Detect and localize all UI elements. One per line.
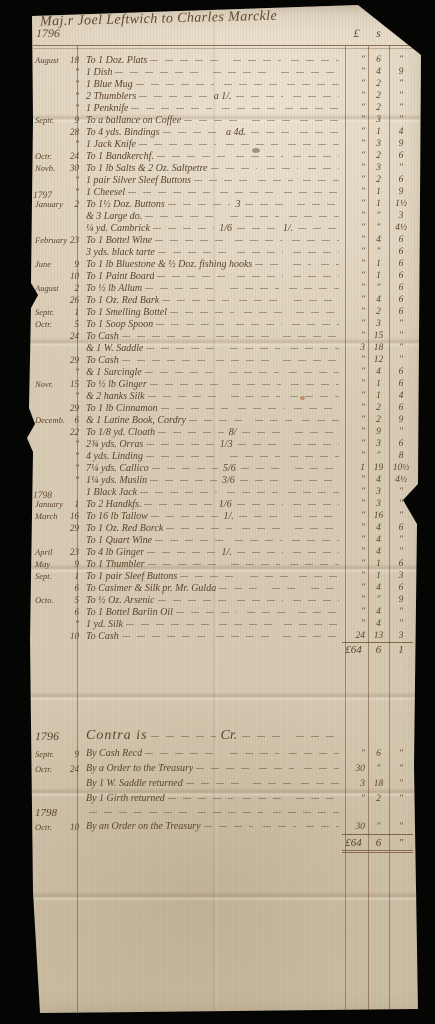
entry-pounds: ″ [342,451,368,461]
dash-filler [230,456,279,457]
year-label: 1798 [33,491,52,501]
dash-filler [180,576,239,577]
entry-shillings: 4 [368,607,389,617]
entry-day: 6 [68,415,81,425]
entry-month: February [33,235,68,245]
dash-filler [239,300,284,301]
entry-description: & 3 Large do. [81,211,342,222]
dash-filler [224,84,276,85]
dash-filler [186,783,243,784]
entry-pence: 6 [389,379,413,389]
total-shillings: 6 [368,642,389,658]
entry-pence: 4 [389,127,413,137]
entry-item-text: To 1 Quart Wine [86,535,152,546]
entry-pounds: ″ [342,559,368,569]
dash-filler [289,372,339,373]
entry-day: 30 [68,163,81,173]
debit-total-section: £64 6 1 [33,642,413,657]
entry-pence: 9 [389,67,413,77]
entry-item-text: To 4 yds. Bindings [86,127,160,138]
debit-total-row: £64 6 1 [33,642,413,657]
paper-crease [0,892,435,901]
entry-item-text: To 1 lb Salts & 2 Oz. Saltpetre [86,163,208,174]
entry-day: 9 [68,259,81,269]
entry-item-text: To Cash [86,355,119,366]
paper-crease [212,16,218,1014]
entry-description: To 4 yds. Bindings a 4d. [81,127,342,138]
entry-month: June [33,259,68,269]
paper-crease [0,788,435,797]
entry-shillings: 1 [368,187,389,197]
entry-day: ″ [68,103,81,113]
dash-filler [227,492,278,493]
entry-item-text: By a Order to the Treasury [86,763,193,774]
entry-month: Septr. [33,307,68,317]
ledger-row: ″ 2 Thumblers a 1/. ″ 2 ″ [33,90,413,102]
dash-filler [235,540,282,541]
entry-pence: 1½ [389,199,413,209]
entry-description: To 1 lb Cinnamon [81,403,342,414]
pence-column-rule [389,46,390,1012]
entry-description: To ½ Oz. Arsenic [81,595,342,606]
ledger-row: 1797 January 2 To 1½ Doz. Buttons 3 ″ 1 … [33,198,413,210]
entry-month: Novb. [33,163,68,173]
entry-pounds: ″ [342,295,368,305]
dash-filler [321,264,339,265]
entry-description: 1 pair Silver Sleef Buttons [81,175,342,186]
entry-day: 29 [68,523,81,533]
ledger-row: 10 To 1 Paint Board ″ 1 6 [33,270,413,282]
entry-pounds: ″ [342,403,368,413]
entry-shillings: ″ [368,595,389,605]
dash-filler [293,276,339,277]
entry-pence: ″ [389,779,413,789]
entry-month: 1796 [33,729,68,744]
dash-filler [292,240,339,241]
dash-filler [288,144,339,145]
entry-pounds: ″ [342,439,368,449]
entry-item-text: & 3 Large do. [86,211,142,222]
entry-price-note: 8/ [227,427,239,438]
dash-filler [230,288,280,289]
entry-item-text: 1 Blue Mug [86,79,133,90]
entry-item-text: Contra is [86,728,148,744]
ledger-row: ″ 1 pair Silver Sleef Buttons ″ 2 6 [33,174,413,186]
paper-crease [0,338,435,347]
entry-pounds: ″ [342,749,368,759]
dash-filler [189,420,245,421]
dash-filler [240,480,285,481]
stain [300,396,305,400]
entry-pence: 6 [389,271,413,281]
ledger-row: Octr. 24 To 1 Bandkerchf. ″ 2 6 [33,150,413,162]
entry-day: 1 [68,499,81,509]
entry-day: 24 [68,331,81,341]
entry-item-text: To 1½ Doz. Buttons [86,199,165,210]
entry-pence: ″ [389,547,413,557]
ledger-row: Octo. 5 To ½ Oz. Arsenic ″ ″ 9 [33,594,413,606]
entry-item-text: To 16 lb Tallow [86,511,148,522]
entry-pence: 6 [389,295,413,305]
dash-filler [152,468,218,469]
entry-pence: ″ [389,619,413,629]
dash-filler [294,480,339,481]
dash-filler [293,264,311,265]
ledger-row: ″ 4 yds. Linding ″ ″ 8 [33,450,413,462]
entry-pounds: ″ [342,187,368,197]
entry-description: To 1 Bottel Wine [81,235,342,246]
entry-month: Sept. [33,571,68,581]
dash-filler [273,812,339,813]
entry-month: August [33,283,68,293]
entry-day: 26 [68,295,81,305]
entry-item-text: 1 Dish [86,67,112,78]
entry-pounds: ″ [342,211,368,221]
ledger-row: 1798 January 1 To 2 Handkfs. 1/6 ″ 3 ″ [33,498,413,510]
ledger-row: ″ 2¾ yds. Orras 1/3 ″ 3 6 [33,438,413,450]
entry-day: ″ [68,391,81,401]
entry-description: To 1 lb Bluestone & ½ Doz. fishing hooks [81,259,342,270]
entry-pence: 6 [389,235,413,245]
dash-filler [295,468,339,469]
entry-pence: 6 [389,283,413,293]
entry-description: 1 yd. Silk [81,619,342,630]
dash-filler [122,360,207,361]
entry-shillings: ″ [368,283,389,293]
dash-filler [155,540,225,541]
entry-day: 9 [68,559,81,569]
entry-shillings: 1 [368,259,389,269]
ledger-row: 24 To Cash ″ 15 ″ [33,330,413,342]
dash-filler [245,204,287,205]
dash-filler [238,408,283,409]
entry-description: 1 Black Jack [81,487,342,498]
entry-day: 15 [68,379,81,389]
entry-description: 2 Thumblers a 1/. [81,91,342,102]
entry-shillings: 9 [368,427,389,437]
entry-pence: ″ [389,91,413,101]
entry-day: 28 [68,127,81,137]
ledger-row: 10 To Cash 24 13 3 [33,630,413,642]
entry-description: To 1 Smelling Bottel [81,307,342,318]
ledger-row: 1796 Contra is Cr. [33,726,413,746]
paper-crease [0,692,435,701]
entry-day: 10 [68,822,81,832]
entry-description: To 1 Quart Wine [81,535,342,546]
entry-shillings: 1 [368,559,389,569]
entry-day: 1 [68,571,81,581]
entry-item-text: 7¼ yds. Callico [86,463,149,474]
ledger-row: ″ 1 Penknife ″ 2 ″ [33,102,413,114]
entry-day: 29 [68,403,81,413]
dash-filler [284,192,339,193]
entry-item-text: To 1 Bottel Barlin Oil [86,607,173,618]
entry-pounds: ″ [342,307,368,317]
document-header: Maj.r Joel Leftwich to Charles Marckle D… [40,1,410,30]
entry-day: 9 [68,115,81,125]
entry-day: 9 [68,749,81,759]
entry-day: 10 [68,631,81,641]
entry-pounds: ″ [342,151,368,161]
dash-filler [157,276,226,277]
entry-shillings: ″ [368,247,389,257]
dash-filler [230,216,280,217]
header-rule [33,45,418,46]
dash-filler [289,753,339,754]
dash-filler [158,432,224,433]
entry-day: 2 [68,199,81,209]
entry-description: & 2 hanks Silk [81,391,342,402]
dash-filler [293,156,339,157]
dash-filler [251,132,290,133]
entry-item-text: To ½ lb Ginger [86,379,147,390]
entry-pounds: ″ [342,415,368,425]
entry-month: Octr. [33,764,68,774]
dash-filler [304,768,339,769]
dash-filler [290,396,339,397]
entry-description: 1 Cheesel [81,187,342,198]
dash-filler [145,216,219,217]
dash-filler [290,348,339,349]
entry-description: To Cash [81,331,342,342]
entry-description: To 1 Paint Board [81,271,342,282]
entry-pounds: ″ [342,535,368,545]
dash-filler [229,372,279,373]
entry-pounds: ″ [342,271,368,281]
entry-description: To 1 pair Sleef Buttons [81,571,342,582]
dash-filler [211,168,258,169]
entry-day: 5 [68,595,81,605]
dash-filler [289,288,339,289]
ledger-row: ″ 1 Cheesel ″ 1 9 [33,186,413,198]
dash-filler [128,192,210,193]
entry-pence: ″ [389,822,413,832]
entry-month: March [33,511,68,521]
entry-price-note: 3 [233,199,242,210]
ledger-row: February 23 To 1 Bottel Wine ″ 4 6 [33,234,413,246]
entry-pence: ″ [389,331,413,341]
entry-shillings: 3 [368,439,389,449]
dash-filler [259,768,294,769]
dash-filler [236,324,283,325]
ledger-row: Octr. 10 By an Order on the Treasury 30 … [33,819,413,834]
entry-pounds: ″ [342,367,368,377]
entry-pounds: ″ [342,583,368,593]
dash-filler [296,736,339,737]
entry-day: ″ [68,475,81,485]
entry-price-note: 5/6 [221,463,238,474]
dash-filler [301,783,339,784]
entry-shillings: ″ [368,211,389,221]
entry-description: To 1½ Doz. Buttons 3 [81,199,342,210]
entry-pounds: ″ [342,199,368,209]
ledger-row: ″ 1 Dish ″ 4 9 [33,66,413,78]
entry-description: 1¼ yds. Muslin 3/6 [81,475,342,486]
dash-filler [150,384,223,385]
dash-filler [267,168,298,169]
entry-pounds: 30 [342,764,368,774]
dash-filler [230,348,279,349]
entry-item-text: To Cash [86,631,119,642]
ledger-row: Novr. 15 To ½ lb Ginger ″ 1 6 [33,378,413,390]
entry-item-text: & 2 hanks Silk [86,391,145,402]
entry-shillings: 2 [368,794,389,804]
entry-shillings: 4 [368,295,389,305]
entry-day: 29 [68,355,81,365]
entry-day: 22 [68,427,81,437]
entry-day: 1 [68,307,81,317]
entry-price-note: Cr. [219,728,240,744]
dash-filler [244,312,287,313]
entry-pence: 4 [389,391,413,401]
entry-pence: ″ [389,511,413,521]
entry-day: ″ [68,439,81,449]
date-column-rule [77,46,78,1012]
entry-pence: 6 [389,259,413,269]
entry-day: ″ [68,367,81,377]
year-label-1796: 1796 [36,26,60,41]
contra-total-pounds: £64 [342,834,368,853]
entry-pence: ″ [389,499,413,509]
entry-pence: 3 [389,211,413,221]
dash-filler [115,72,202,73]
entry-shillings: ″ [368,451,389,461]
entry-item-text: To 1 Bandkerchf. [86,151,154,162]
dash-filler [237,552,283,553]
dash-filler [291,384,339,385]
dash-filler [258,180,294,181]
entry-item-text: To Cash [86,331,119,342]
dash-filler [241,468,285,469]
entry-shillings: 13 [368,631,389,641]
entry-description: 7¼ yds. Callico 5/6 [81,463,342,474]
entry-day: 23 [68,547,81,557]
dash-filler [158,600,227,601]
entry-pounds: ″ [342,331,368,341]
entry-item-text: & 1 Surcingle [86,367,142,378]
entry-day: ″ [68,187,81,197]
entry-shillings: 2 [368,103,389,113]
entry-description: By 1 W. Saddle returned [81,778,342,789]
entry-day: ″ [68,463,81,473]
entry-day: 24 [68,764,81,774]
entry-shillings: 1 [368,379,389,389]
dash-filler [295,528,339,529]
dash-filler [146,444,215,445]
ledger-row: Septr. 1 To 1 Smelling Bottel ″ 2 6 [33,306,413,318]
entry-day: ″ [68,175,81,185]
ledger-row: ″ 1 Jack Knife ″ 3 9 [33,138,413,150]
entry-item-text: & 1 W. Saddle [86,343,143,354]
credit-total-row: £64 6 ″ [33,836,413,851]
dash-filler [233,60,281,61]
entry-item-text: By an Order on the Treasury [86,821,201,832]
ledger-row: ″ 7¼ yds. Callico 5/6 1 19 10½ [33,462,413,474]
entry-item-text: 3 yds. black tarte [86,247,155,258]
entry-pence: ″ [389,794,413,804]
entry-shillings: 1 [368,571,389,581]
entry-month: January [33,499,68,509]
entry-shillings: 3 [368,487,389,497]
total-pence: 1 [389,642,413,658]
dash-filler [242,736,285,737]
entry-pounds: 3 [342,779,368,789]
entry-pounds: ″ [342,283,368,293]
entry-description: To 1 Thumbler [81,559,342,570]
entry-pence: ″ [389,79,413,89]
dash-filler [144,504,213,505]
dash-filler [204,826,253,827]
entry-shillings: 12 [368,355,389,365]
entry-pounds: ″ [342,571,368,581]
entry-item-text: To 1 Soop Spoon [86,319,153,330]
entry-description: To 1 Oz. Red Bark [81,295,342,306]
dash-filler [255,264,282,265]
dash-filler [300,132,339,133]
entry-pounds: 1 [342,463,368,473]
entry-shillings: 19 [368,463,389,473]
dash-filler [237,600,283,601]
entry-shillings: 2 [368,403,389,413]
entry-shillings: ″ [368,822,389,832]
ledger-row: 3 yds. black tarte ″ ″ 6 [33,246,413,258]
debtor-mark: D.r [373,1,411,22]
entry-item-text: 1 Cheesel [86,187,125,198]
entry-shillings: 16 [368,511,389,521]
entry-day: 16 [68,511,81,521]
dash-filler [219,588,262,589]
dash-filler [293,504,339,505]
entry-month: Octo. [33,595,68,605]
dash-filler [216,336,272,337]
entry-pence: ″ [389,535,413,545]
ledger-row: ″ 1 Blue Mug ″ 2 ″ [33,78,413,90]
dash-filler [151,736,216,737]
entry-shillings: 3 [368,139,389,149]
entry-description: To ½ lb Allum [81,283,342,294]
dash-filler [237,276,283,277]
entry-pence: 6 [389,403,413,413]
entry-day: 23 [68,235,81,245]
entry-pounds: ″ [342,115,368,125]
entry-item-text: To 1 pair Sleef Buttons [86,571,177,582]
entry-description: To 1 Oz. Red Borck [81,523,342,534]
dash-filler [252,120,291,121]
entry-description: To 1 Doz. Plats [81,55,342,66]
dash-filler [140,492,217,493]
dash-filler [122,336,207,337]
dash-filler [231,396,280,397]
entry-pence: ″ [389,427,413,437]
dash-filler [272,588,301,589]
dash-filler [161,408,229,409]
entry-pounds: ″ [342,355,368,365]
dash-filler [311,588,340,589]
header-rule [33,48,418,49]
entry-item-text: To 1 Thumbler [86,559,145,570]
pounds-column-rule [345,46,346,1012]
dash-filler [296,312,339,313]
entry-item-text: ¼ yd. Cambrick [86,223,150,234]
dash-filler [294,408,339,409]
entry-item-text: To Casimer & Silk pr. Mr. Gulda [86,583,216,594]
dash-filler [290,456,339,457]
entry-price-note: 1/. [221,511,235,522]
dash-filler [131,108,211,109]
dash-filler [308,168,339,169]
entry-description: 1 Jack Knife [81,139,342,150]
dash-filler [242,528,286,529]
